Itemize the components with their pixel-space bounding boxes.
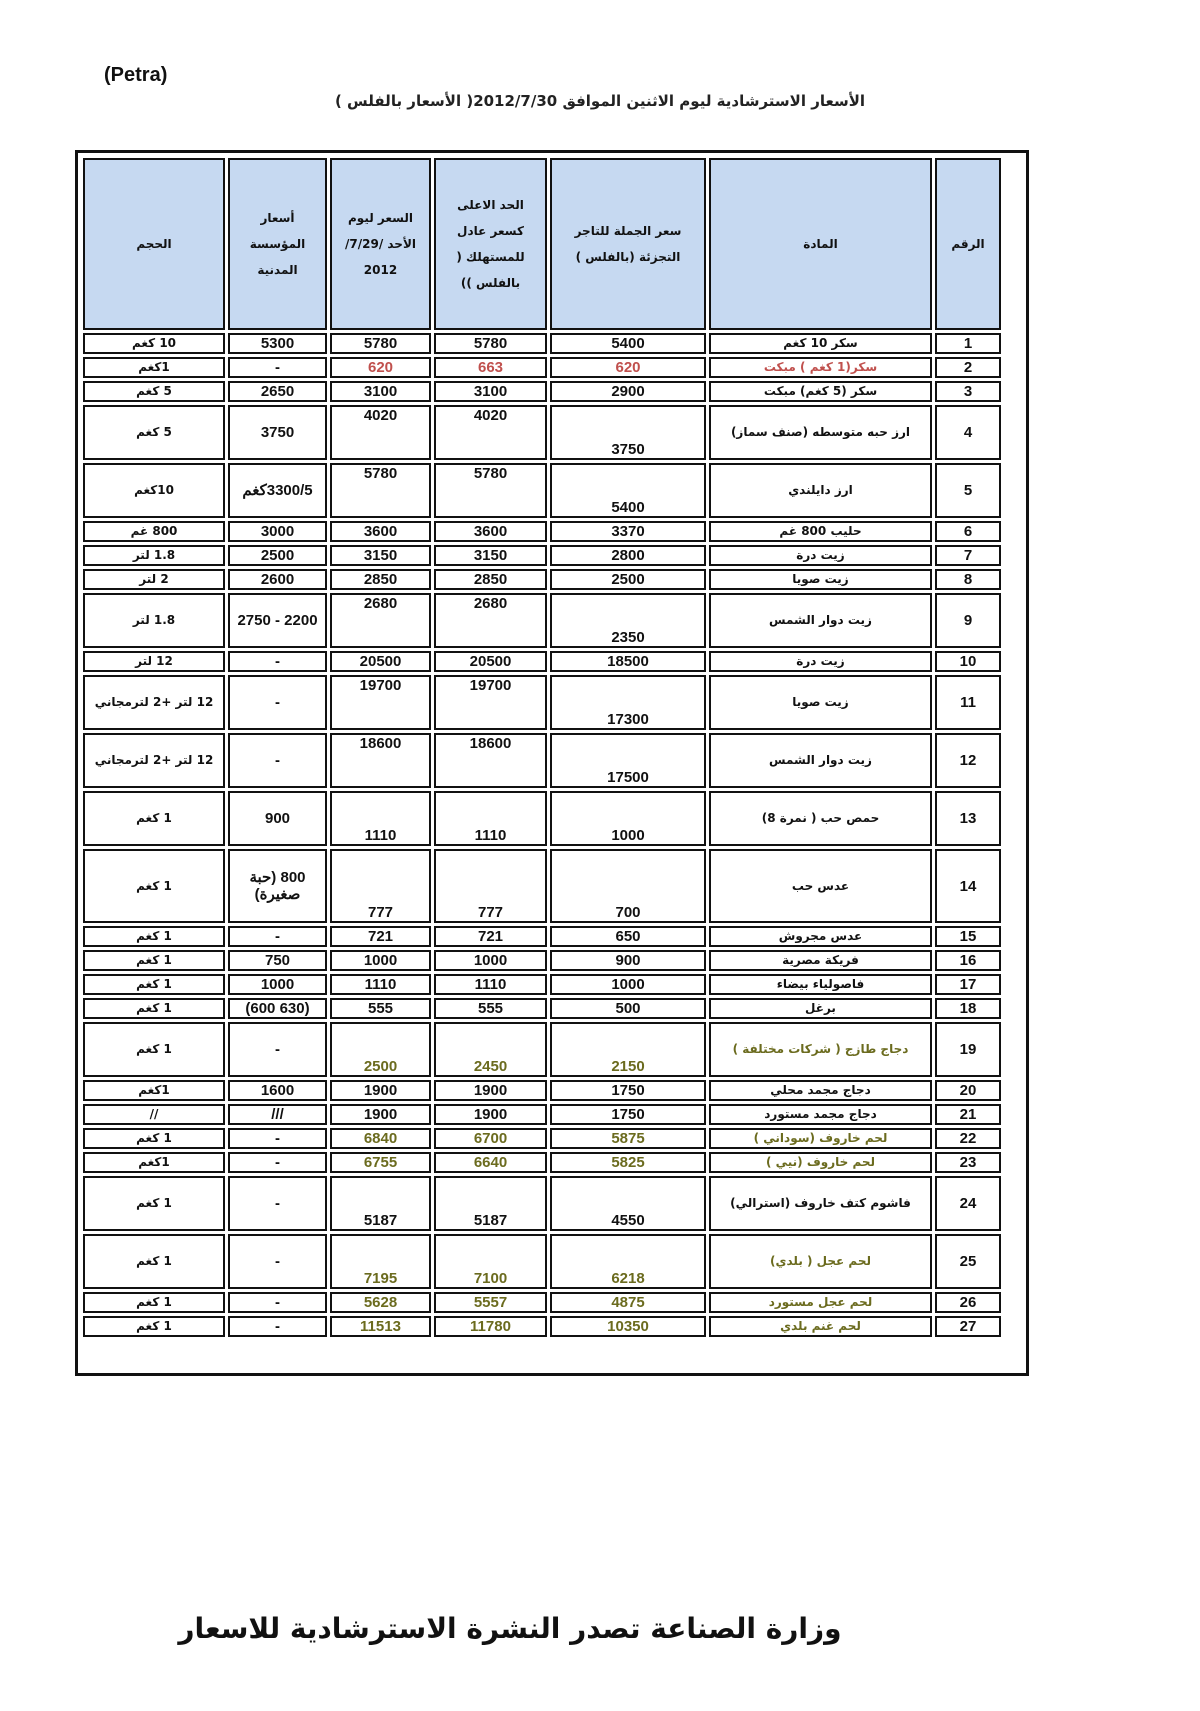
wholesale-price: 1000 <box>550 791 706 846</box>
row-index: 2 <box>935 357 1001 378</box>
sunday-price: 19700 <box>330 675 431 730</box>
row-index: 6 <box>935 521 1001 542</box>
institution-price: 3750 <box>228 405 327 460</box>
table-body: 1سكر 10 كغم540057805780530010 كغم2سكر(1 … <box>83 333 1001 1337</box>
table-row: 3سكر (5 كغم) مبكت29003100310026505 كغم <box>83 381 1001 402</box>
row-index: 12 <box>935 733 1001 788</box>
institution-price: 750 <box>228 950 327 971</box>
price-table: الرقم المادة سعر الجملة للتاجر التجزئة (… <box>80 155 1004 1340</box>
package-size: // <box>83 1104 225 1125</box>
header-max-fair-price: الحد الاعلى كسعر عادل للمستهلك ( بالفلس … <box>434 158 547 330</box>
package-size: 1 كغم <box>83 998 225 1019</box>
item-name: زيت دوار الشمس <box>709 733 932 788</box>
sunday-price: 2850 <box>330 569 431 590</box>
row-index: 22 <box>935 1128 1001 1149</box>
row-index: 17 <box>935 974 1001 995</box>
package-size: 10 كغم <box>83 333 225 354</box>
table-row: 17فاصولياء بيضاء10001110111010001 كغم <box>83 974 1001 995</box>
item-name: فاشوم كتف خاروف (استرالي) <box>709 1176 932 1231</box>
table-row: 24فاشوم كتف خاروف (استرالي)455051875187-… <box>83 1176 1001 1231</box>
package-size: 1كغم <box>83 1080 225 1101</box>
max-fair-price: 20500 <box>434 651 547 672</box>
package-size: 5 كغم <box>83 381 225 402</box>
item-name: لحم عجل ( بلدي) <box>709 1234 932 1289</box>
row-index: 25 <box>935 1234 1001 1289</box>
item-name: دجاج مجمد مستورد <box>709 1104 932 1125</box>
footer-headline: وزارة الصناعة تصدر النشرة الاسترشادية لل… <box>150 1612 870 1645</box>
row-index: 5 <box>935 463 1001 518</box>
row-index: 19 <box>935 1022 1001 1077</box>
wholesale-price: 1750 <box>550 1104 706 1125</box>
institution-price: - <box>228 1292 327 1313</box>
package-size: 1 كغم <box>83 974 225 995</box>
header-institution-price: أسعار المؤسسة المدنية <box>228 158 327 330</box>
institution-price: 2600 <box>228 569 327 590</box>
table-row: 14عدس حب700777777800 (حبة صغيرة)1 كغم <box>83 849 1001 923</box>
institution-price: - <box>228 1152 327 1173</box>
sunday-price: 3600 <box>330 521 431 542</box>
max-fair-price: 19700 <box>434 675 547 730</box>
item-name: دجاج طازج ( شركات مختلفة ) <box>709 1022 932 1077</box>
header-index: الرقم <box>935 158 1001 330</box>
institution-price: - <box>228 675 327 730</box>
institution-price: - <box>228 1176 327 1231</box>
max-fair-price: 4020 <box>434 405 547 460</box>
item-name: سكر(1 كغم ) مبكت <box>709 357 932 378</box>
sunday-price: 2680 <box>330 593 431 648</box>
wholesale-price: 700 <box>550 849 706 923</box>
institution-price: - <box>228 1316 327 1337</box>
table-row: 22لحم خاروف (سوداني )587567006840-1 كغم <box>83 1128 1001 1149</box>
row-index: 23 <box>935 1152 1001 1173</box>
row-index: 26 <box>935 1292 1001 1313</box>
package-size: 1 كغم <box>83 1022 225 1077</box>
item-name: لحم خاروف (نيي ) <box>709 1152 932 1173</box>
item-name: عدس مجروش <box>709 926 932 947</box>
item-name: ارز حبه متوسطه (صنف سماز) <box>709 405 932 460</box>
package-size: 1 كغم <box>83 926 225 947</box>
max-fair-price: 2450 <box>434 1022 547 1077</box>
sunday-price: 3100 <box>330 381 431 402</box>
header-item: المادة <box>709 158 932 330</box>
header-sunday-price: السعر ليوم الأحد /7/29/ 2012 <box>330 158 431 330</box>
table-row: 4ارز حبه متوسطه (صنف سماز)37504020402037… <box>83 405 1001 460</box>
institution-price: 5300 <box>228 333 327 354</box>
table-row: 26لحم عجل مستورد487555575628-1 كغم <box>83 1292 1001 1313</box>
max-fair-price: 5780 <box>434 463 547 518</box>
wholesale-price: 10350 <box>550 1316 706 1337</box>
wholesale-price: 2150 <box>550 1022 706 1077</box>
max-fair-price: 721 <box>434 926 547 947</box>
item-name: ارز دايلندي <box>709 463 932 518</box>
item-name: دجاج مجمد محلي <box>709 1080 932 1101</box>
sunday-price: 6755 <box>330 1152 431 1173</box>
institution-price: - <box>228 1022 327 1077</box>
item-name: عدس حب <box>709 849 932 923</box>
package-size: 800 غم <box>83 521 225 542</box>
table-row: 1سكر 10 كغم540057805780530010 كغم <box>83 333 1001 354</box>
max-fair-price: 6700 <box>434 1128 547 1149</box>
table-row: 20دجاج مجمد محلي17501900190016001كغم <box>83 1080 1001 1101</box>
package-size: 1 كغم <box>83 1316 225 1337</box>
item-name: حليب 800 غم <box>709 521 932 542</box>
wholesale-price: 17300 <box>550 675 706 730</box>
institution-price: (630 600) <box>228 998 327 1019</box>
institution-price: - <box>228 651 327 672</box>
max-fair-price: 555 <box>434 998 547 1019</box>
package-size: 12 لتر <box>83 651 225 672</box>
wholesale-price: 2500 <box>550 569 706 590</box>
package-size: 12 لتر +2 لترمجاني <box>83 733 225 788</box>
wholesale-price: 5825 <box>550 1152 706 1173</box>
package-size: 2 لتر <box>83 569 225 590</box>
max-fair-price: 2680 <box>434 593 547 648</box>
sunday-price: 18600 <box>330 733 431 788</box>
institution-price: /// <box>228 1104 327 1125</box>
table-row: 8زيت صويا25002850285026002 لتر <box>83 569 1001 590</box>
row-index: 13 <box>935 791 1001 846</box>
table-row: 12زيت دوار الشمس175001860018600-12 لتر +… <box>83 733 1001 788</box>
sunday-price: 721 <box>330 926 431 947</box>
package-size: 1كغم <box>83 1152 225 1173</box>
item-name: فاصولياء بيضاء <box>709 974 932 995</box>
package-size: 1 كغم <box>83 950 225 971</box>
header-size: الحجم <box>83 158 225 330</box>
row-index: 3 <box>935 381 1001 402</box>
sunday-price: 5187 <box>330 1176 431 1231</box>
wholesale-price: 3370 <box>550 521 706 542</box>
max-fair-price: 1110 <box>434 974 547 995</box>
sunday-price: 5780 <box>330 463 431 518</box>
row-index: 1 <box>935 333 1001 354</box>
table-row: 16فريكة مصرية900100010007501 كغم <box>83 950 1001 971</box>
item-name: زيت صويا <box>709 569 932 590</box>
table-row: 18برغل500555555(630 600)1 كغم <box>83 998 1001 1019</box>
wholesale-price: 1750 <box>550 1080 706 1101</box>
max-fair-price: 18600 <box>434 733 547 788</box>
max-fair-price: 2850 <box>434 569 547 590</box>
max-fair-price: 7100 <box>434 1234 547 1289</box>
sunday-price: 7195 <box>330 1234 431 1289</box>
package-size: 1 كغم <box>83 1128 225 1149</box>
sunday-price: 620 <box>330 357 431 378</box>
institution-price: 2500 <box>228 545 327 566</box>
max-fair-price: 1900 <box>434 1104 547 1125</box>
item-name: سكر (5 كغم) مبكت <box>709 381 932 402</box>
institution-price: - <box>228 926 327 947</box>
table-row: 13حمص حب ( نمرة 8)1000111011109001 كغم <box>83 791 1001 846</box>
package-size: 12 لتر +2 لترمجاني <box>83 675 225 730</box>
institution-price: 800 (حبة صغيرة) <box>228 849 327 923</box>
table-row: 10زيت درة185002050020500-12 لتر <box>83 651 1001 672</box>
table-row: 9زيت دوار الشمس2350268026802200 - 27501.… <box>83 593 1001 648</box>
price-table-frame: الرقم المادة سعر الجملة للتاجر التجزئة (… <box>75 150 1029 1376</box>
package-size: 10كغم <box>83 463 225 518</box>
package-size: 1.8 لتر <box>83 593 225 648</box>
item-name: زيت درة <box>709 545 932 566</box>
wholesale-price: 17500 <box>550 733 706 788</box>
item-name: حمص حب ( نمرة 8) <box>709 791 932 846</box>
wholesale-price: 650 <box>550 926 706 947</box>
wholesale-price: 500 <box>550 998 706 1019</box>
institution-price: - <box>228 1234 327 1289</box>
max-fair-price: 5780 <box>434 333 547 354</box>
institution-price: 3300/5كغم <box>228 463 327 518</box>
max-fair-price: 663 <box>434 357 547 378</box>
wholesale-price: 2900 <box>550 381 706 402</box>
institution-price: 1600 <box>228 1080 327 1101</box>
sunday-price: 6840 <box>330 1128 431 1149</box>
max-fair-price: 6640 <box>434 1152 547 1173</box>
max-fair-price: 1110 <box>434 791 547 846</box>
table-row: 6حليب 800 غم3370360036003000800 غم <box>83 521 1001 542</box>
wholesale-price: 3750 <box>550 405 706 460</box>
wholesale-price: 6218 <box>550 1234 706 1289</box>
institution-price: 1000 <box>228 974 327 995</box>
row-index: 10 <box>935 651 1001 672</box>
sunday-price: 777 <box>330 849 431 923</box>
wholesale-price: 620 <box>550 357 706 378</box>
sunday-price: 4020 <box>330 405 431 460</box>
row-index: 18 <box>935 998 1001 1019</box>
sunday-price: 555 <box>330 998 431 1019</box>
row-index: 4 <box>935 405 1001 460</box>
table-header-row: الرقم المادة سعر الجملة للتاجر التجزئة (… <box>83 158 1001 330</box>
sunday-price: 1900 <box>330 1104 431 1125</box>
row-index: 21 <box>935 1104 1001 1125</box>
item-name: فريكة مصرية <box>709 950 932 971</box>
sunday-price: 1900 <box>330 1080 431 1101</box>
max-fair-price: 1900 <box>434 1080 547 1101</box>
item-name: لحم عجل مستورد <box>709 1292 932 1313</box>
wholesale-price: 4875 <box>550 1292 706 1313</box>
package-size: 1.8 لتر <box>83 545 225 566</box>
source-label: (Petra) <box>104 64 167 87</box>
item-name: لحم خاروف (سوداني ) <box>709 1128 932 1149</box>
package-size: 1 كغم <box>83 1176 225 1231</box>
wholesale-price: 4550 <box>550 1176 706 1231</box>
row-index: 20 <box>935 1080 1001 1101</box>
sunday-price: 1000 <box>330 950 431 971</box>
row-index: 24 <box>935 1176 1001 1231</box>
sunday-price: 2500 <box>330 1022 431 1077</box>
max-fair-price: 3100 <box>434 381 547 402</box>
table-row: 27لحم غنم بلدي103501178011513-1 كغم <box>83 1316 1001 1337</box>
wholesale-price: 5400 <box>550 333 706 354</box>
sunday-price: 1110 <box>330 791 431 846</box>
wholesale-price: 18500 <box>550 651 706 672</box>
package-size: 1 كغم <box>83 791 225 846</box>
table-row: 25لحم عجل ( بلدي)621871007195-1 كغم <box>83 1234 1001 1289</box>
wholesale-price: 5875 <box>550 1128 706 1149</box>
sunday-price: 20500 <box>330 651 431 672</box>
table-row: 2سكر(1 كغم ) مبكت620663620-1كغم <box>83 357 1001 378</box>
wholesale-price: 1000 <box>550 974 706 995</box>
row-index: 7 <box>935 545 1001 566</box>
item-name: زيت درة <box>709 651 932 672</box>
institution-price: - <box>228 733 327 788</box>
sunday-price: 3150 <box>330 545 431 566</box>
max-fair-price: 1000 <box>434 950 547 971</box>
sunday-price: 11513 <box>330 1316 431 1337</box>
item-name: زيت دوار الشمس <box>709 593 932 648</box>
wholesale-price: 5400 <box>550 463 706 518</box>
institution-price: - <box>228 1128 327 1149</box>
max-fair-price: 11780 <box>434 1316 547 1337</box>
max-fair-price: 5557 <box>434 1292 547 1313</box>
table-row: 21دجاج مجمد مستورد175019001900///// <box>83 1104 1001 1125</box>
row-index: 14 <box>935 849 1001 923</box>
institution-price: 900 <box>228 791 327 846</box>
row-index: 8 <box>935 569 1001 590</box>
max-fair-price: 777 <box>434 849 547 923</box>
wholesale-price: 2350 <box>550 593 706 648</box>
item-name: سكر 10 كغم <box>709 333 932 354</box>
max-fair-price: 3600 <box>434 521 547 542</box>
item-name: زيت صويا <box>709 675 932 730</box>
table-row: 11زيت صويا173001970019700-12 لتر +2 لترم… <box>83 675 1001 730</box>
institution-price: 2650 <box>228 381 327 402</box>
row-index: 15 <box>935 926 1001 947</box>
row-index: 27 <box>935 1316 1001 1337</box>
max-fair-price: 3150 <box>434 545 547 566</box>
institution-price: 3000 <box>228 521 327 542</box>
table-row: 5ارز دايلندي5400578057803300/5كغم10كغم <box>83 463 1001 518</box>
item-name: لحم غنم بلدي <box>709 1316 932 1337</box>
row-index: 11 <box>935 675 1001 730</box>
table-row: 19دجاج طازج ( شركات مختلفة )215024502500… <box>83 1022 1001 1077</box>
package-size: 1 كغم <box>83 1234 225 1289</box>
package-size: 1 كغم <box>83 849 225 923</box>
package-size: 5 كغم <box>83 405 225 460</box>
institution-price: 2200 - 2750 <box>228 593 327 648</box>
item-name: برغل <box>709 998 932 1019</box>
package-size: 1 كغم <box>83 1292 225 1313</box>
wholesale-price: 900 <box>550 950 706 971</box>
wholesale-price: 2800 <box>550 545 706 566</box>
bulletin-title: الأسعار الاسترشادية ليوم الاثنين الموافق… <box>300 92 900 110</box>
table-row: 15عدس مجروش650721721-1 كغم <box>83 926 1001 947</box>
sunday-price: 5780 <box>330 333 431 354</box>
header-wholesale: سعر الجملة للتاجر التجزئة (بالفلس ) <box>550 158 706 330</box>
institution-price: - <box>228 357 327 378</box>
row-index: 9 <box>935 593 1001 648</box>
sunday-price: 1110 <box>330 974 431 995</box>
max-fair-price: 5187 <box>434 1176 547 1231</box>
package-size: 1كغم <box>83 357 225 378</box>
table-row: 23لحم خاروف (نيي )582566406755-1كغم <box>83 1152 1001 1173</box>
row-index: 16 <box>935 950 1001 971</box>
sunday-price: 5628 <box>330 1292 431 1313</box>
table-row: 7زيت درة28003150315025001.8 لتر <box>83 545 1001 566</box>
